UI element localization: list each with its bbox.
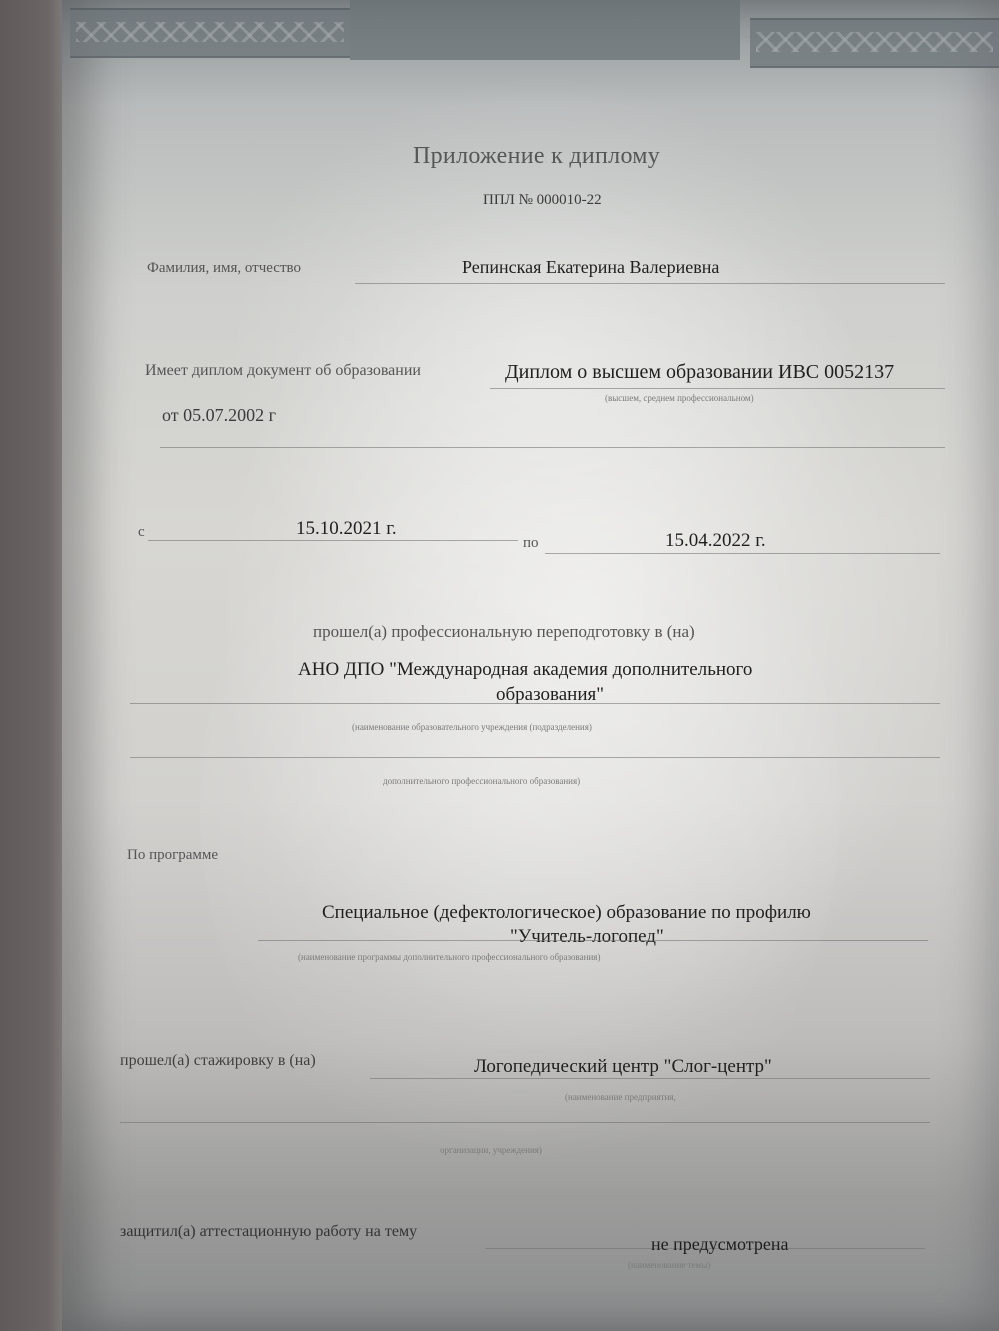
underline [120,1122,930,1123]
attestation-hint: (наименование темы) [628,1260,710,1270]
prior-education-hint: (высшем, среднем профессиональном) [605,393,754,403]
program-label: По программе [127,847,218,864]
period-to-value: 15.04.2022 г. [665,530,766,552]
prior-education-date: от 05.07.2002 г [162,405,276,426]
program-value-line1: Специальное (дефектологическое) образова… [322,902,811,924]
underline [130,757,940,758]
background-surface [0,0,68,1331]
underline [160,447,945,448]
underline [370,1078,930,1079]
internship-label: прошел(а) стажировку в (на) [120,1052,316,1070]
full-name-label: Фамилия, имя, отчество [147,260,301,277]
retraining-institution-line1: АНО ДПО "Международная академия дополнит… [298,659,752,681]
underline [148,540,518,541]
internship-hint1: (наименование предприятия, [565,1092,676,1102]
period-from-label: с [138,524,145,541]
underline [355,283,945,284]
underline [490,388,945,389]
attestation-value: не предусмотрена [651,1234,789,1255]
retraining-hint1: (наименование образовательного учреждени… [352,722,592,732]
decorative-border-left [70,8,350,58]
internship-hint2: организации, учреждения) [440,1145,542,1155]
attestation-label: защитил(а) аттестационную работу на тему [120,1223,417,1241]
retraining-hint2: дополнительного профессионального образо… [383,776,580,786]
decorative-border-middle [350,0,740,60]
program-hint: (наименование программы дополнительного … [298,952,600,962]
internship-value: Логопедический центр "Слог-центр" [474,1056,772,1078]
document-title: Приложение к диплому [413,143,660,170]
decorative-border-right [750,18,999,68]
ornament-pattern [756,32,993,52]
ornament-pattern [76,22,344,42]
prior-education-value: Диплом о высшем образовании ИВС 0052137 [505,361,894,384]
underline [258,940,928,941]
full-name-value: Репинская Екатерина Валериевна [462,257,719,278]
retraining-label: прошел(а) профессиональную переподготовк… [313,622,695,642]
underline [545,553,940,554]
document-number: ППЛ № 000010-22 [483,192,602,209]
program-value-line2: "Учитель-логопед" [510,926,664,948]
period-from-value: 15.10.2021 г. [296,518,397,540]
prior-education-label: Имеет диплом документ об образовании [145,362,421,380]
period-to-label: по [523,535,539,552]
underline [130,703,940,704]
